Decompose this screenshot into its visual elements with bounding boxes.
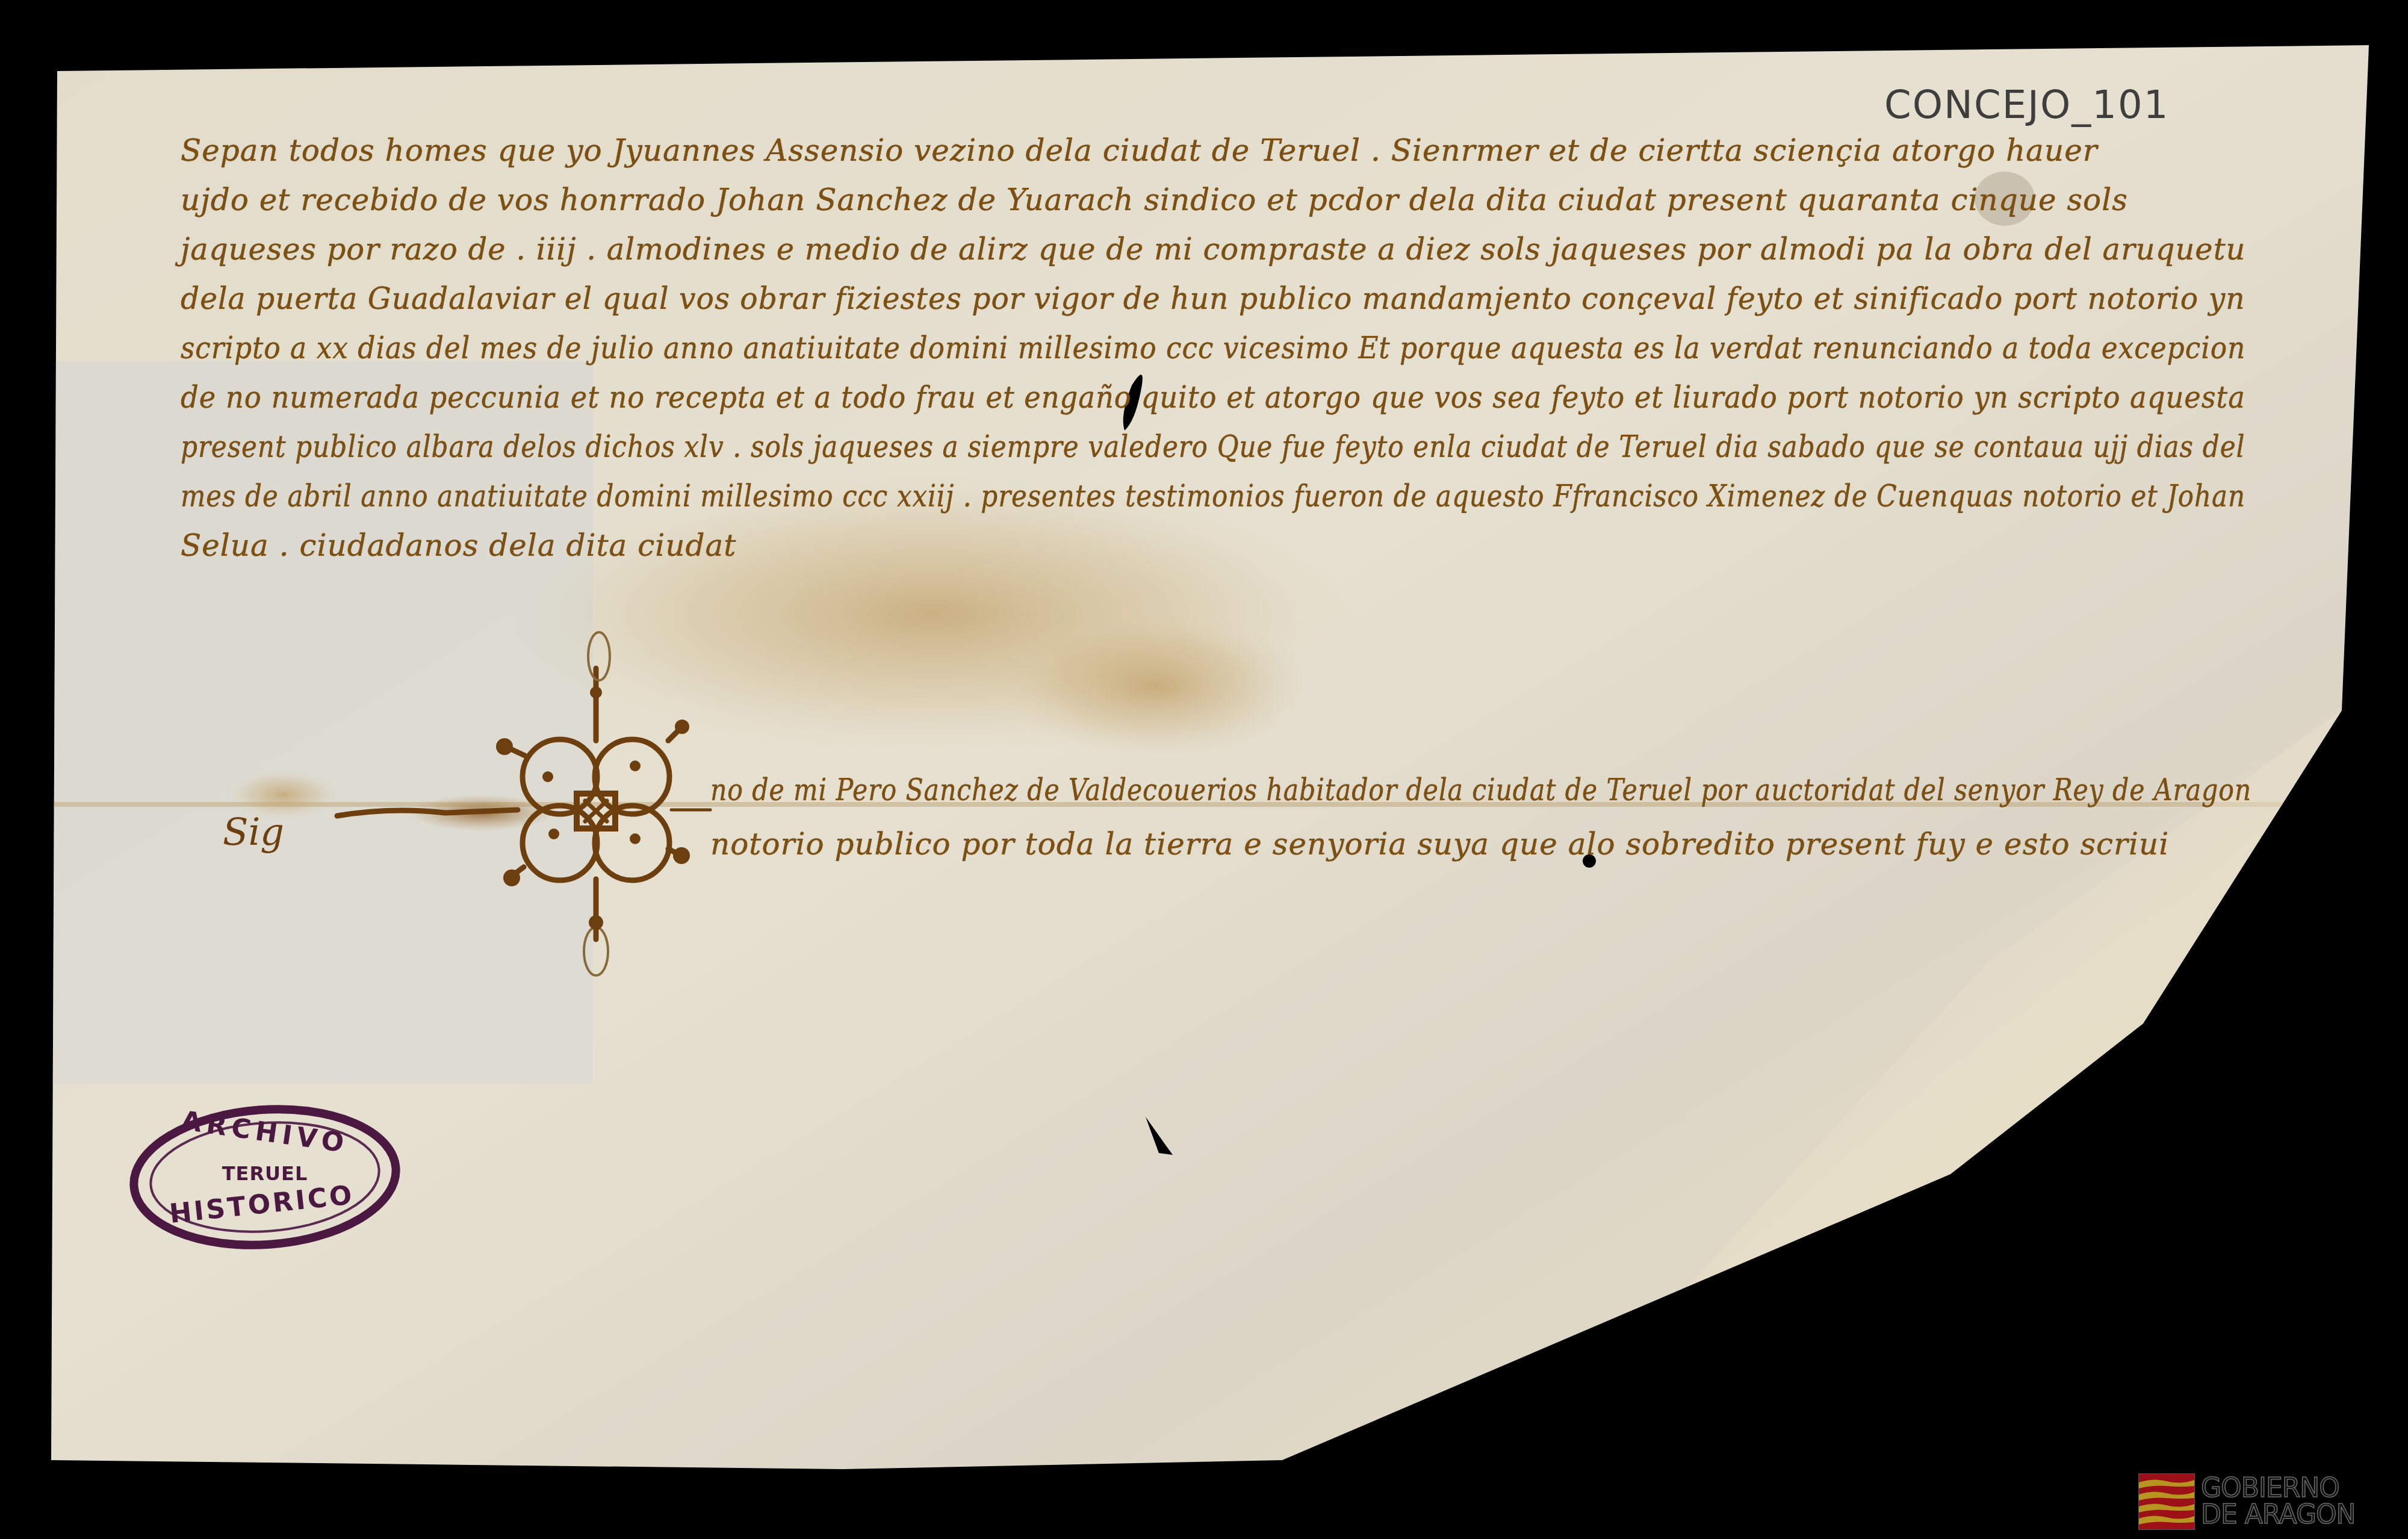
logo-wordmark: GOBIERNO DE ARAGON: [2201, 1475, 2356, 1528]
logo-line-2: DE ARAGON: [2201, 1502, 2356, 1528]
stamp-middle-text: TERUEL: [214, 1162, 316, 1185]
logo-line-1: GOBIERNO: [2201, 1475, 2356, 1502]
aragon-flag-icon: [2138, 1473, 2195, 1530]
stamp-ellipse-icon: [0, 0, 2408, 1539]
gobierno-aragon-logo: GOBIERNO DE ARAGON: [2138, 1473, 2397, 1531]
scan-viewer: CONCEJO_101 Sepan todos homes que yo Jyu…: [0, 0, 2408, 1539]
